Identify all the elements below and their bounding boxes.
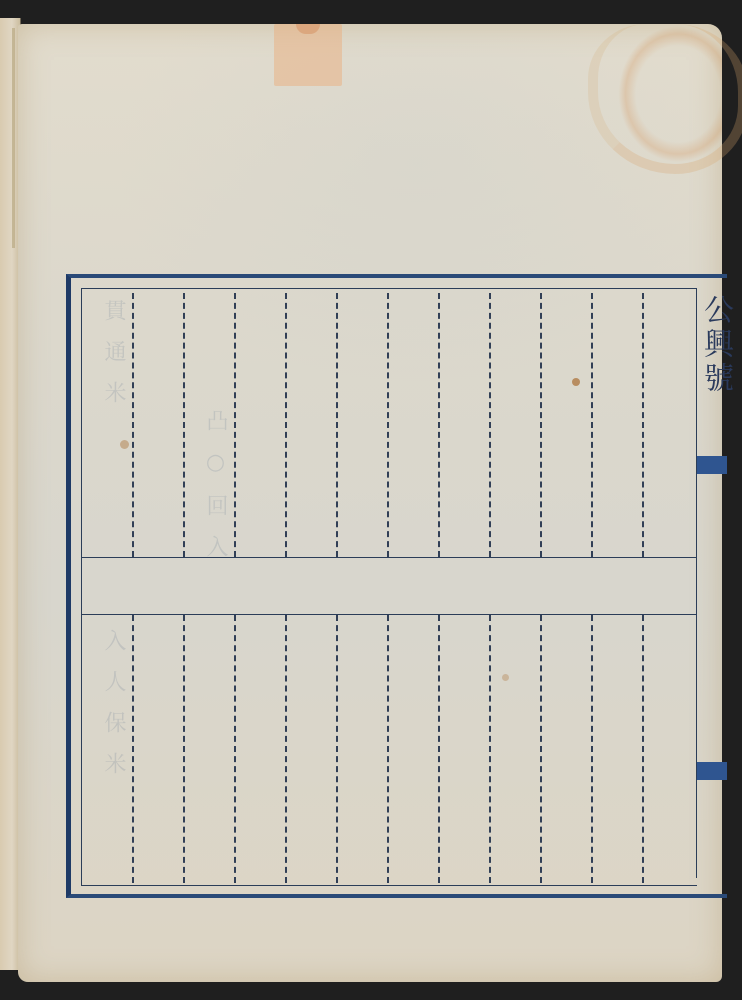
- column-rule: [234, 615, 236, 883]
- column-rule: [336, 293, 338, 557]
- column-rule: [591, 615, 593, 883]
- column-rule: [132, 293, 134, 557]
- middle-band: [82, 557, 697, 615]
- column-rule: [540, 293, 542, 557]
- column-rule: [336, 615, 338, 883]
- printed-frame: 貫 通 米 凸 ○ 回 入 入 ⼈ 保 米: [66, 274, 727, 898]
- fishtail-mark-lower: [697, 762, 727, 780]
- bleed-through-text: 貫 通 米: [98, 299, 129, 409]
- column-rule: [285, 293, 287, 557]
- center-margin-column: 公興號: [696, 288, 727, 878]
- column-rule: [642, 293, 644, 557]
- column-rule: [438, 293, 440, 557]
- bleed-through-text: 入 ⼈ 保 米: [98, 629, 129, 780]
- column-rule: [591, 293, 593, 557]
- faded-seal-stamp: [274, 24, 342, 86]
- bleed-through-text: 凸 ○ 回 入: [200, 409, 231, 563]
- margin-label: 公興號: [700, 294, 730, 396]
- page-fold: [12, 28, 15, 248]
- column-rule: [438, 615, 440, 883]
- column-rule: [234, 293, 236, 557]
- column-rule: [540, 615, 542, 883]
- column-rule: [387, 615, 389, 883]
- column-rule: [183, 615, 185, 883]
- water-stain: [588, 24, 742, 174]
- column-rule: [642, 615, 644, 883]
- column-rule: [285, 615, 287, 883]
- column-rule: [387, 293, 389, 557]
- column-rule: [132, 615, 134, 883]
- fishtail-mark-upper: [697, 456, 727, 474]
- column-rule: [489, 615, 491, 883]
- column-rule: [489, 293, 491, 557]
- grid-area: 貫 通 米 凸 ○ 回 入 入 ⼈ 保 米: [81, 288, 697, 886]
- column-rule: [183, 293, 185, 557]
- book-page: 貫 通 米 凸 ○ 回 入 入 ⼈ 保 米: [18, 24, 722, 982]
